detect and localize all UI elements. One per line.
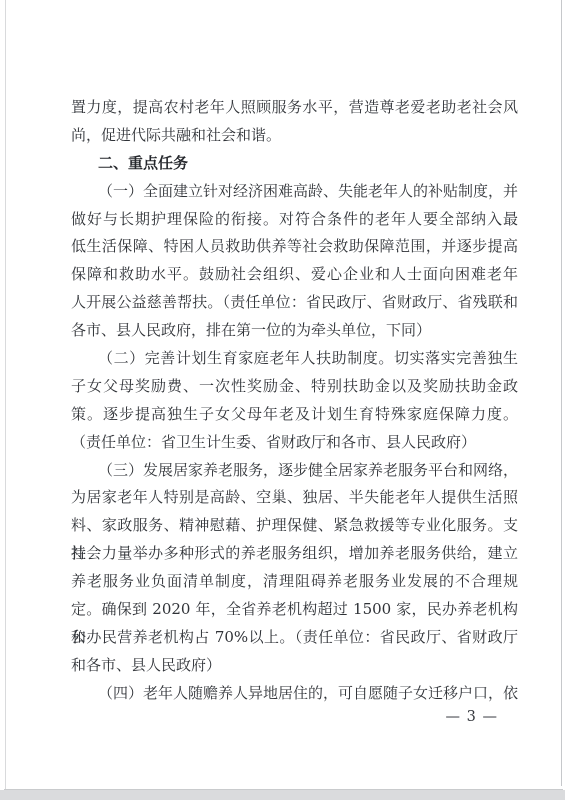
text-line: 养老服务业负面清单制度，清理阻碍养老服务业发展的不合理规 [71, 568, 518, 596]
text-line: 为居家老年人特别是高龄、空巢、独居、半失能老年人提供生活照 [71, 484, 518, 512]
text-line: 尚，促进代际共融和社会和谐。 [71, 122, 518, 150]
page-left-edge [5, 0, 6, 792]
text-line: （二）完善计划生育家庭老年人扶助制度。切实落实完善独生 [71, 345, 518, 373]
text-line: 置力度，提高农村老年人照顾服务水平，营造尊老爱老助老社会风 [71, 94, 518, 122]
text-line: 策。逐步提高独生子女父母年老及计划生育特殊家庭保障力度。 [71, 401, 518, 429]
text-line: 和各市、县人民政府） [71, 652, 518, 680]
text-line: 定。确保到 2020 年，全省养老机构超过 1500 家，民办养老机构和 [71, 596, 518, 624]
text-line: （责任单位：省卫生计生委、省财政厅和各市、县人民政府） [71, 429, 518, 457]
text-line: 保障和救助水平。鼓励社会组织、爱心企业和人士面向困难老年 [71, 261, 518, 289]
section-heading: 二、重点任务 [71, 150, 518, 178]
document-page: 置力度，提高农村老年人照顾服务水平，营造尊老爱老助老社会风 尚，促进代际共融和社… [0, 0, 565, 800]
text-line: 人开展公益慈善帮扶。（责任单位：省民政厅、省财政厅、省残联和 [71, 289, 518, 317]
text-line: 料、家政服务、精神慰藉、护理保健、紧急救援等专业化服务。支持 [71, 512, 518, 540]
text-line: （三）发展居家养老服务，逐步健全居家养老服务平台和网络， [71, 457, 518, 485]
document-body: 置力度，提高农村老年人照顾服务水平，营造尊老爱老助老社会风 尚，促进代际共融和社… [71, 94, 518, 708]
text-line: 做好与长期护理保险的衔接。对符合条件的老年人要全部纳入最 [71, 206, 518, 234]
text-line: 子女父母奖励费、一次性奖励金、特别扶助金以及奖励扶助金政 [71, 373, 518, 401]
page-right-edge [561, 0, 562, 786]
scan-bottom-shadow [0, 790, 565, 800]
text-line: 公办民营养老机构占 70%以上。（责任单位：省民政厅、省财政厅 [71, 624, 518, 652]
text-line: 低生活保障、特困人员救助供养等社会救助保障范围，并逐步提高 [71, 233, 518, 261]
page-number: — 3 — [71, 703, 518, 731]
text-line: 社会力量举办多种形式的养老服务组织，增加养老服务供给，建立 [71, 540, 518, 568]
text-line: 各市、县人民政府，排在第一位的为牵头单位，下同） [71, 317, 518, 345]
text-line: （一）全面建立针对经济困难高龄、失能老年人的补贴制度，并 [71, 178, 518, 206]
